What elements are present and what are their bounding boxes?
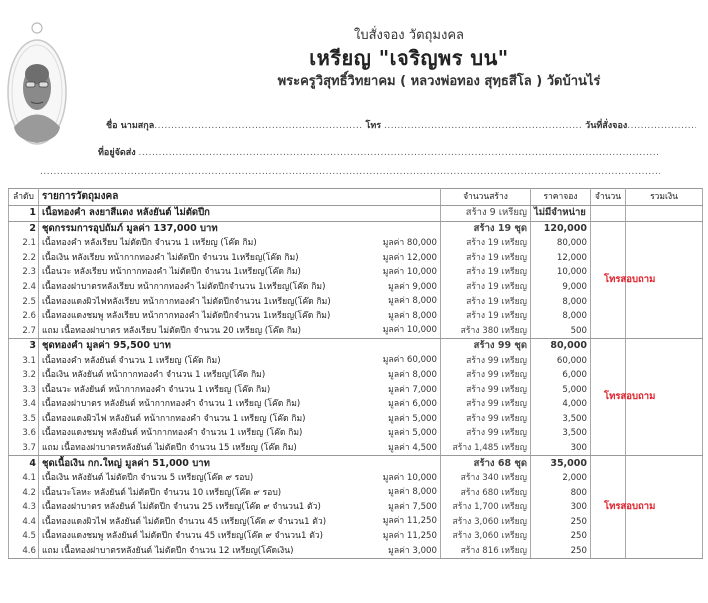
item-price: 8,000 bbox=[531, 294, 591, 309]
item-price: 3,500 bbox=[531, 426, 591, 441]
item-qty-made: สร้าง 99 เหรียญ bbox=[441, 368, 531, 383]
item-description: เนื้อเงิน หลังเรียบ หน้ากากทองคำ ไม่ตัดป… bbox=[42, 253, 299, 263]
item-description: เนื้อทองคำ หลังเรียบ ไม่ตัดปีก จำนวน 1 เ… bbox=[42, 238, 257, 248]
address-label: ที่อยู่จัดส่ง bbox=[98, 148, 136, 158]
section-row: 3ชุดทองคำ มูลค่า 95,500 บาทสร้าง 99 ชุด8… bbox=[9, 338, 703, 353]
item-name: เนื้อนวะโลหะ หลังยันต์ ไม่ตัดปีก จำนวน 1… bbox=[39, 485, 441, 500]
item-description: เนื้อทองแดงผิวไฟ หลังยันต์ ไม่ตัดปีก จำน… bbox=[42, 517, 326, 527]
item-qty-made: สร้าง 19 เหรียญ bbox=[441, 265, 531, 280]
item-value: มูลค่า 10,000 bbox=[383, 471, 437, 485]
item-description: เนื้อทองแดงชมพู หลังเรียบ หน้ากากทองคำ ไ… bbox=[42, 311, 330, 321]
item-price: 9,000 bbox=[531, 280, 591, 295]
section-row: 4ชุดเนื้อเงิน กก.ใหญ่ มูลค่า 51,000 บาทส… bbox=[9, 456, 703, 471]
item-price: 12,000 bbox=[531, 251, 591, 266]
item-value: มูลค่า 11,250 bbox=[383, 514, 437, 528]
item-price: 250 bbox=[531, 529, 591, 544]
item-qty-made: สร้าง 19 เหรียญ bbox=[441, 280, 531, 295]
item-description: เนื้อนวะ หลังเรียบ หน้ากากทองคำ ไม่ตัดปี… bbox=[42, 267, 301, 277]
item-qty-made: สร้าง 380 เหรียญ bbox=[441, 323, 531, 338]
item-qty-made: สร้าง 99 เหรียญ bbox=[441, 383, 531, 398]
item-name: เนื้อนวะ หลังยันต์ หน้ากากทองคำ จำนวน 1 … bbox=[39, 383, 441, 398]
address-field[interactable]: ........................................… bbox=[139, 148, 659, 158]
date-field[interactable]: .............................. bbox=[627, 121, 696, 131]
item-name: เนื้อทองฝาบาตรหลังเรียบ หน้ากากทองคำ ไม่… bbox=[39, 280, 441, 295]
item-name: เนื้อทองแดงชมพู หลังเรียบ หน้ากากทองคำ ไ… bbox=[39, 309, 441, 324]
item-value: มูลค่า 10,000 bbox=[383, 265, 437, 279]
call-to-inquire-label: โทรสอบถาม bbox=[626, 338, 703, 455]
item-qty-made: สร้าง 3,060 เหรียญ bbox=[441, 514, 531, 529]
phone-field[interactable]: ........................................… bbox=[384, 121, 582, 131]
form-line-address: ที่อยู่จัดส่ง ..........................… bbox=[98, 145, 658, 159]
item-value: มูลค่า 3,000 bbox=[388, 544, 437, 558]
item-no: 3.3 bbox=[9, 383, 39, 398]
order-table: ลำดับ รายการวัตถุมงคล จำนวนสร้าง ราคาจอง… bbox=[8, 188, 703, 559]
item-qty-made: สร้าง 816 เหรียญ bbox=[441, 544, 531, 559]
total-cell bbox=[626, 206, 703, 222]
item-name: เนื้อทองฝาบาตร หลังยันต์ หน้ากากทองคำ จำ… bbox=[39, 397, 441, 412]
item-name: เนื้อทองแดงชมพู หลังยันต์ ไม่ตัดปีก จำนว… bbox=[39, 529, 441, 544]
item-description: เนื้อทองคำ หลังยันต์ จำนวน 1 เหรียญ (โค๊… bbox=[42, 356, 221, 366]
item-name: เนื้อทองคำ หลังเรียบ ไม่ตัดปีก จำนวน 1 เ… bbox=[39, 236, 441, 251]
item-value: มูลค่า 6,000 bbox=[388, 397, 437, 411]
item-qty-made: สร้าง 99 เหรียญ bbox=[441, 412, 531, 427]
item-qty-made: สร้าง 19 เหรียญ bbox=[441, 251, 531, 266]
item-name: แถม เนื้อทองฝาบาตรหลังยันต์ ไม่ตัดปีก จำ… bbox=[39, 441, 441, 456]
item-description: แถม เนื้อทองฝาบาตรหลังยันต์ ไม่ตัดปีก จำ… bbox=[42, 546, 293, 556]
item-price: 2,000 bbox=[531, 471, 591, 486]
item-price: 300 bbox=[531, 500, 591, 515]
call-to-inquire-text: โทรสอบถาม bbox=[604, 501, 655, 512]
item-value: มูลค่า 5,000 bbox=[388, 412, 437, 426]
section-qty-made: สร้าง 99 ชุด bbox=[441, 338, 531, 353]
item-no: 4.5 bbox=[9, 529, 39, 544]
item-description: แถม เนื้อทองฝาบาตรหลังยันต์ ไม่ตัดปีก จำ… bbox=[42, 443, 297, 453]
item-description: เนื้อเงิน หลังยันต์ หน้ากากทองคำ จำนวน 1… bbox=[42, 370, 265, 380]
item-no: 3.6 bbox=[9, 426, 39, 441]
item-qty-made: สร้าง 3,060 เหรียญ bbox=[441, 529, 531, 544]
item-value: มูลค่า 8,000 bbox=[388, 294, 437, 308]
col-price: ราคาจอง bbox=[531, 189, 591, 206]
item-description: เนื้อทองแดงผิวไฟ หลังยันต์ หน้ากากทองคำ … bbox=[42, 414, 306, 424]
item-name: เนื้อทองฝาบาตร หลังยันต์ ไม่ตัดปีก จำนวน… bbox=[39, 500, 441, 515]
item-price: 60,000 bbox=[531, 353, 591, 368]
item-qty-made: สร้าง 1,485 เหรียญ bbox=[441, 441, 531, 456]
item-name: เนื้อเงิน หลังยันต์ ไม่ตัดปีก จำนวน 5 เห… bbox=[39, 471, 441, 486]
item-no: 3.7 bbox=[9, 441, 39, 456]
section-name: ชุดทองคำ มูลค่า 95,500 บาท bbox=[39, 338, 441, 353]
item-name: เนื้อเงิน หลังเรียบ หน้ากากทองคำ ไม่ตัดป… bbox=[39, 251, 441, 266]
item-price: 8,000 bbox=[531, 309, 591, 324]
section-no: 2 bbox=[9, 221, 39, 236]
item-no: 2.7 bbox=[9, 323, 39, 338]
item-no: 4.1 bbox=[9, 471, 39, 486]
item-qty-made: สร้าง 99 เหรียญ bbox=[441, 426, 531, 441]
item-name: เนื้อทองแดงชมพู หลังยันต์ หน้ากากทองคำ จ… bbox=[39, 426, 441, 441]
item-qty-made: สร้าง 99 เหรียญ bbox=[441, 397, 531, 412]
col-amount: จำนวน bbox=[591, 189, 626, 206]
item-name: เนื้อทองแดงผิวไฟหลังเรียบ หน้ากากทองคำ ไ… bbox=[39, 294, 441, 309]
section-name: เนื้อทองคำ ลงยาสีแดง หลังยันต์ ไม่ตัดปีก bbox=[39, 206, 441, 222]
table-header-row: ลำดับ รายการวัตถุมงคล จำนวนสร้าง ราคาจอง… bbox=[9, 189, 703, 206]
item-price: 250 bbox=[531, 514, 591, 529]
section-row: 2ชุดกรรมการอุปถัมภ์ มูลค่า 137,000 บาทสร… bbox=[9, 221, 703, 236]
section-no: 1 bbox=[9, 206, 39, 222]
item-value: มูลค่า 60,000 bbox=[383, 353, 437, 367]
item-price: 800 bbox=[531, 485, 591, 500]
call-to-inquire-text: โทรสอบถาม bbox=[604, 391, 655, 402]
item-price: 4,000 bbox=[531, 397, 591, 412]
section-price: ไม่มีจำหน่าย bbox=[531, 206, 591, 222]
item-no: 3.1 bbox=[9, 353, 39, 368]
item-description: เนื้อทองแดงชมพู หลังยันต์ ไม่ตัดปีก จำนว… bbox=[42, 531, 323, 541]
item-description: เนื้อทองแดงชมพู หลังยันต์ หน้ากากทองคำ จ… bbox=[42, 428, 302, 438]
phone-label: โทร bbox=[366, 121, 382, 131]
section-row: 1เนื้อทองคำ ลงยาสีแดง หลังยันต์ ไม่ตัดปี… bbox=[9, 206, 703, 222]
item-name: เนื้อทองแดงผิวไฟ หลังยันต์ หน้ากากทองคำ … bbox=[39, 412, 441, 427]
item-no: 4.2 bbox=[9, 485, 39, 500]
section-price: 120,000 bbox=[531, 221, 591, 236]
section-qty-made: สร้าง 9 เหรียญ bbox=[441, 206, 531, 222]
amount-input[interactable] bbox=[591, 206, 626, 222]
page-subtitle: พระครูวิสุทธิ์วิทยาคม ( หลวงพ่อทอง สุทฺธ… bbox=[85, 70, 708, 91]
item-no: 2.3 bbox=[9, 265, 39, 280]
section-name: ชุดกรรมการอุปถัมภ์ มูลค่า 137,000 บาท bbox=[39, 221, 441, 236]
item-name: เนื้อทองแดงผิวไฟ หลังยันต์ ไม่ตัดปีก จำน… bbox=[39, 514, 441, 529]
item-name: เนื้อนวะ หลังเรียบ หน้ากากทองคำ ไม่ตัดปี… bbox=[39, 265, 441, 280]
item-value: มูลค่า 80,000 bbox=[383, 236, 437, 250]
item-price: 6,000 bbox=[531, 368, 591, 383]
item-value: มูลค่า 10,000 bbox=[383, 323, 437, 337]
call-to-inquire-label: โทรสอบถาม bbox=[626, 221, 703, 338]
item-qty-made: สร้าง 19 เหรียญ bbox=[441, 294, 531, 309]
item-qty-made: สร้าง 19 เหรียญ bbox=[441, 236, 531, 251]
name-label: ชื่อ นามสกุล bbox=[106, 121, 154, 131]
item-value: มูลค่า 8,000 bbox=[388, 368, 437, 382]
item-description: เนื้อนวะโลหะ หลังยันต์ ไม่ตัดปีก จำนวน 1… bbox=[42, 488, 281, 498]
item-value: มูลค่า 7,500 bbox=[388, 500, 437, 514]
col-total: รวมเงิน bbox=[626, 189, 703, 206]
item-price: 3,500 bbox=[531, 412, 591, 427]
item-description: เนื้อทองแดงผิวไฟหลังเรียบ หน้ากากทองคำ ไ… bbox=[42, 297, 331, 307]
item-price: 80,000 bbox=[531, 236, 591, 251]
section-qty-made: สร้าง 19 ชุด bbox=[441, 221, 531, 236]
item-no: 2.2 bbox=[9, 251, 39, 266]
item-description: เนื้อทองฝาบาตร หลังยันต์ ไม่ตัดปีก จำนวน… bbox=[42, 502, 321, 512]
item-value: มูลค่า 11,250 bbox=[383, 529, 437, 543]
section-price: 35,000 bbox=[531, 456, 591, 471]
section-name: ชุดเนื้อเงิน กก.ใหญ่ มูลค่า 51,000 บาท bbox=[39, 456, 441, 471]
call-to-inquire-text: โทรสอบถาม bbox=[604, 274, 655, 285]
item-qty-made: สร้าง 19 เหรียญ bbox=[441, 309, 531, 324]
item-no: 2.5 bbox=[9, 294, 39, 309]
item-qty-made: สร้าง 340 เหรียญ bbox=[441, 471, 531, 486]
item-no: 4.3 bbox=[9, 500, 39, 515]
item-no: 4.6 bbox=[9, 544, 39, 559]
item-name: แถม เนื้อทองฝาบาตร หลังเรียบ ไม่ตัดปีก จ… bbox=[39, 323, 441, 338]
item-qty-made: สร้าง 680 เหรียญ bbox=[441, 485, 531, 500]
item-qty-made: สร้าง 1,700 เหรียญ bbox=[441, 500, 531, 515]
call-to-inquire-label: โทรสอบถาม bbox=[626, 456, 703, 559]
item-value: มูลค่า 9,000 bbox=[388, 280, 437, 294]
section-no: 3 bbox=[9, 338, 39, 353]
col-item: รายการวัตถุมงคล bbox=[39, 189, 441, 206]
item-description: เนื้อเงิน หลังยันต์ ไม่ตัดปีก จำนวน 5 เห… bbox=[42, 473, 253, 483]
item-name: เนื้อทองคำ หลังยันต์ จำนวน 1 เหรียญ (โค๊… bbox=[39, 353, 441, 368]
item-description: เนื้อทองฝาบาตร หลังยันต์ หน้ากากทองคำ จำ… bbox=[42, 399, 300, 409]
item-price: 5,000 bbox=[531, 383, 591, 398]
col-qty-made: จำนวนสร้าง bbox=[441, 189, 531, 206]
item-value: มูลค่า 8,000 bbox=[388, 309, 437, 323]
item-value: มูลค่า 7,000 bbox=[388, 383, 437, 397]
item-no: 3.5 bbox=[9, 412, 39, 427]
item-name: แถม เนื้อทองฝาบาตรหลังยันต์ ไม่ตัดปีก จำ… bbox=[39, 544, 441, 559]
section-no: 4 bbox=[9, 456, 39, 471]
item-value: มูลค่า 4,500 bbox=[388, 441, 437, 455]
item-price: 250 bbox=[531, 544, 591, 559]
item-price: 300 bbox=[531, 441, 591, 456]
item-no: 3.2 bbox=[9, 368, 39, 383]
item-value: มูลค่า 12,000 bbox=[383, 251, 437, 265]
item-no: 3.4 bbox=[9, 397, 39, 412]
item-value: มูลค่า 8,000 bbox=[388, 485, 437, 499]
name-field[interactable]: ........................................… bbox=[154, 121, 362, 131]
address-field-line-2[interactable]: ........................................… bbox=[40, 167, 660, 177]
col-no: ลำดับ bbox=[9, 189, 39, 206]
item-description: เนื้อทองฝาบาตรหลังเรียบ หน้ากากทองคำ ไม่… bbox=[42, 282, 325, 292]
item-price: 10,000 bbox=[531, 265, 591, 280]
item-price: 500 bbox=[531, 323, 591, 338]
form-line-contact: ชื่อ นามสกุล............................… bbox=[106, 118, 696, 132]
item-name: เนื้อเงิน หลังยันต์ หน้ากากทองคำ จำนวน 1… bbox=[39, 368, 441, 383]
item-qty-made: สร้าง 99 เหรียญ bbox=[441, 353, 531, 368]
section-price: 80,000 bbox=[531, 338, 591, 353]
item-description: เนื้อนวะ หลังยันต์ หน้ากากทองคำ จำนวน 1 … bbox=[42, 385, 270, 395]
item-no: 2.1 bbox=[9, 236, 39, 251]
item-no: 4.4 bbox=[9, 514, 39, 529]
section-qty-made: สร้าง 68 ชุด bbox=[441, 456, 531, 471]
item-no: 2.4 bbox=[9, 280, 39, 295]
date-label: วันที่สั่งจอง bbox=[585, 121, 627, 131]
item-description: แถม เนื้อทองฝาบาตร หลังเรียบ ไม่ตัดปีก จ… bbox=[42, 326, 301, 336]
item-value: มูลค่า 5,000 bbox=[388, 426, 437, 440]
item-no: 2.6 bbox=[9, 309, 39, 324]
